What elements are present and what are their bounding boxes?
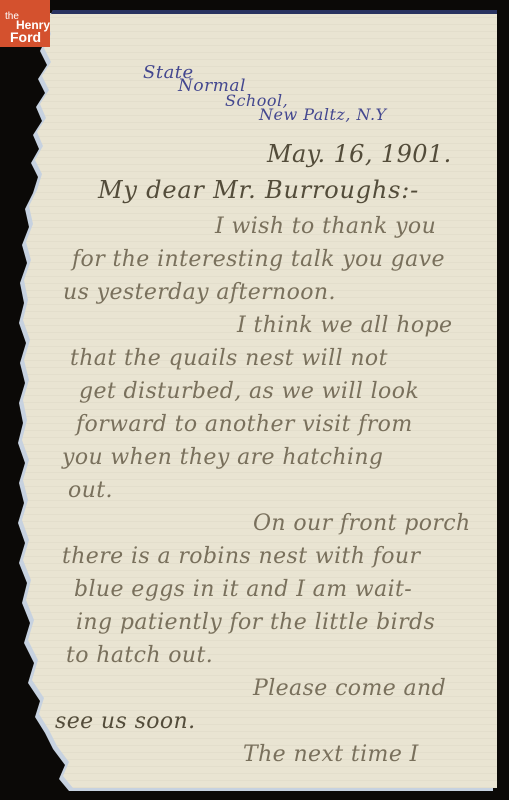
letterhead-word-city: New Paltz, N.Y <box>259 105 387 124</box>
letter-line: see us soon. <box>55 705 497 738</box>
letter-line: I think we all hope <box>237 309 497 342</box>
letter-line: to hatch out. <box>66 639 497 672</box>
letter-line: ing patiently for the little birds <box>76 606 497 639</box>
letter-line: I wish to thank you <box>215 210 497 243</box>
letter-line: On our front porch <box>253 507 497 540</box>
letter-line: out. <box>68 474 497 507</box>
letter-line: that the quails nest will not <box>70 342 497 375</box>
henry-ford-logo: the Henry Ford <box>0 0 50 47</box>
letter-line: blue eggs in it and I am wait- <box>74 573 497 606</box>
letter-salutation: My dear Mr. Burroughs:- <box>98 176 419 204</box>
letter-line: for the interesting talk you gave <box>72 243 497 276</box>
logo-text-ford: Ford <box>10 30 41 44</box>
letter-line: Please come and <box>253 672 497 705</box>
letter-body: I wish to thank you for the interesting … <box>15 210 497 771</box>
letter-line: forward to another visit from <box>76 408 497 441</box>
letter-line: there is a robins nest with four <box>62 540 497 573</box>
letter-date: May. 16, 1901. <box>267 140 452 168</box>
letter-line: you when they are hatching <box>62 441 497 474</box>
letter-line: The next time I <box>243 738 497 771</box>
photo-background: State Normal School, New Paltz, N.Y May.… <box>0 0 509 800</box>
letter-paper: State Normal School, New Paltz, N.Y May.… <box>15 10 497 788</box>
letter-line: us yesterday afternoon. <box>63 276 497 309</box>
letter-line: get disturbed, as we will look <box>79 375 497 408</box>
